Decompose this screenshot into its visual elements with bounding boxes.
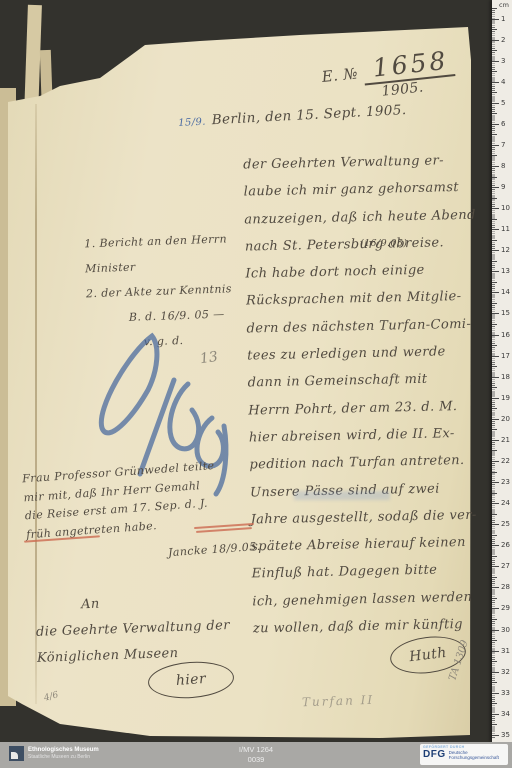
ruler-cm-tick <box>492 19 499 20</box>
ruler-cm-tick <box>492 672 499 673</box>
ruler-half-tick <box>492 345 497 346</box>
ruler-half-tick <box>492 661 497 662</box>
file-reference-prefix: E. № <box>321 64 359 86</box>
ruler-half-tick <box>492 324 497 325</box>
ruler-cm-tick <box>492 313 499 314</box>
ruler-cm-tick <box>492 524 499 525</box>
ruler-half-tick <box>492 429 497 430</box>
ruler-number: 1 <box>501 15 505 23</box>
ruler-number: 30 <box>501 626 510 634</box>
ruler-half-tick <box>492 387 497 388</box>
ruler-unit-label: cm <box>499 1 509 9</box>
letter-line: anzuzeigen, daß ich heute Abend <box>244 201 481 233</box>
ruler-cm-tick <box>492 735 499 736</box>
ruler-half-tick <box>492 703 497 704</box>
erased-blue-pencil-mark <box>294 491 390 500</box>
letter-line: spätete Abreise hierauf keinen <box>251 529 488 561</box>
ruler-number: 33 <box>501 689 510 697</box>
ruler-cm-tick <box>492 630 499 631</box>
place-word: hier <box>175 671 206 689</box>
ruler-number: 27 <box>501 562 510 570</box>
ruler-cm-tick <box>492 714 499 715</box>
ruler-cm-tick <box>492 693 499 694</box>
ruler-number: 12 <box>501 246 510 254</box>
ruler-half-tick <box>492 598 497 599</box>
letter-line: pedition nach Turfan antreten. <box>249 447 486 479</box>
ruler-half-tick <box>492 450 497 451</box>
ruler-number: 26 <box>501 541 510 549</box>
ruler-half-tick <box>492 113 497 114</box>
ruler-half-tick <box>492 282 497 283</box>
ruler-number: 5 <box>501 99 505 107</box>
ruler-number: 9 <box>501 183 505 191</box>
ruler-number: 20 <box>501 415 510 423</box>
ruler-half-tick <box>492 724 497 725</box>
ruler-cm-tick <box>492 440 499 441</box>
ruler-cm-tick <box>492 166 499 167</box>
ruler-cm-tick <box>492 608 499 609</box>
ruler-number: 18 <box>501 373 510 381</box>
ruler-number: 13 <box>501 267 510 275</box>
margin-note-line: 1. Bericht an den Herrn Minister <box>84 225 276 282</box>
ruler-number: 16 <box>501 331 510 339</box>
ruler: cm 1234567891011121314151617181920212223… <box>492 0 512 742</box>
ruler-half-tick <box>492 240 497 241</box>
letter-body: der Geehrten Verwaltung er- laube ich mi… <box>243 147 489 643</box>
ruler-cm-tick <box>492 651 499 652</box>
ruler-half-tick <box>492 640 497 641</box>
ruler-number: 14 <box>501 288 510 296</box>
ruler-half-tick <box>492 134 497 135</box>
ruler-half-tick <box>492 408 497 409</box>
pencil-archive-note: Turfan II <box>302 693 375 710</box>
ruler-cm-tick <box>492 503 499 504</box>
ruler-cm-tick <box>492 250 499 251</box>
dfg-org-line: Forschungsgemeinschaft <box>449 755 499 760</box>
ruler-cm-tick <box>492 419 499 420</box>
ruler-half-tick <box>492 619 497 620</box>
ruler-cm-tick <box>492 271 499 272</box>
ruler-cm-tick <box>492 482 499 483</box>
ruler-number: 11 <box>501 225 510 233</box>
ruler-number: 32 <box>501 668 510 676</box>
ruler-cm-tick <box>492 82 499 83</box>
ruler-number: 17 <box>501 352 510 360</box>
ruler-cm-tick <box>492 61 499 62</box>
ruler-half-tick <box>492 50 497 51</box>
address-block: An die Geehrte Verwaltung der Königliche… <box>35 586 258 672</box>
ruler-half-tick <box>492 177 497 178</box>
viewer-footer-bar: Ethnologisches Museum Staatliche Museen … <box>0 742 512 768</box>
ruler-half-tick <box>492 514 497 515</box>
ruler-half-tick <box>492 29 497 30</box>
ruler-cm-tick <box>492 103 499 104</box>
ruler-half-tick <box>492 198 497 199</box>
ruler-number: 7 <box>501 141 505 149</box>
ruler-half-tick <box>492 155 497 156</box>
ruler-half-tick <box>492 556 497 557</box>
ruler-number: 6 <box>501 120 505 128</box>
ruler-half-tick <box>492 8 497 9</box>
ruler-cm-tick <box>492 587 499 588</box>
ruler-number: 24 <box>501 499 510 507</box>
ruler-number: 25 <box>501 520 510 528</box>
ruler-half-tick <box>492 303 497 304</box>
ruler-number: 21 <box>501 436 510 444</box>
ruler-half-tick <box>492 493 497 494</box>
ruler-number: 23 <box>501 478 510 486</box>
ruler-number: 19 <box>501 394 510 402</box>
ruler-cm-tick <box>492 187 499 188</box>
ruler-cm-tick <box>492 545 499 546</box>
ruler-cm-tick <box>492 40 499 41</box>
ruler-mm-ticks <box>492 8 495 738</box>
signature-name: Huth <box>408 645 447 665</box>
ruler-number: 28 <box>501 583 510 591</box>
ruler-number: 34 <box>501 710 510 718</box>
ruler-half-tick <box>492 261 497 262</box>
scanned-letter-page: E. № 1658 1905. 15/9.Berlin, den 15. Sep… <box>0 0 512 768</box>
pencil-number: 13 <box>199 349 219 367</box>
ruler-half-tick <box>492 71 497 72</box>
ruler-number: 31 <box>501 647 510 655</box>
ruler-cm-tick <box>492 229 499 230</box>
ruler-half-tick <box>492 577 497 578</box>
ruler-cm-tick <box>492 335 499 336</box>
ruler-number: 10 <box>501 204 510 212</box>
ruler-number: 22 <box>501 457 510 465</box>
ruler-number: 2 <box>501 36 505 44</box>
ruler-cm-tick <box>492 145 499 146</box>
letter-line: dern des nächsten Turfan-Comi- <box>246 310 483 342</box>
ruler-number: 3 <box>501 57 505 65</box>
ruler-half-tick <box>492 472 497 473</box>
ruler-half-tick <box>492 219 497 220</box>
dateline-blue-note: 15/9. <box>178 117 206 129</box>
ruler-number: 29 <box>501 604 510 612</box>
ruler-number: 15 <box>501 309 510 317</box>
ruler-number: 8 <box>501 162 505 170</box>
letter-line: zu wollen, daß die mir künftig <box>253 611 490 643</box>
ruler-cm-tick <box>492 398 499 399</box>
inline-date-correction: (16/9.05) <box>360 238 407 249</box>
ruler-half-tick <box>492 92 497 93</box>
dfg-logo: DFG <box>423 749 446 760</box>
ruler-half-tick <box>492 682 497 683</box>
ruler-cm-tick <box>492 208 499 209</box>
ruler-half-tick <box>492 366 497 367</box>
ruler-number: 4 <box>501 78 505 86</box>
ruler-number: 35 <box>501 731 510 739</box>
dfg-funding-card: GEFÖRDERT DURCH DFG Deutsche Forschungsg… <box>420 744 508 765</box>
ruler-cm-tick <box>492 566 499 567</box>
ruler-cm-tick <box>492 292 499 293</box>
ruler-cm-tick <box>492 356 499 357</box>
ruler-cm-tick <box>492 124 499 125</box>
ruler-cm-tick <box>492 377 499 378</box>
ruler-half-tick <box>492 535 497 536</box>
ruler-cm-tick <box>492 461 499 462</box>
letter-line: laube ich mir ganz gehorsamst <box>243 174 480 206</box>
